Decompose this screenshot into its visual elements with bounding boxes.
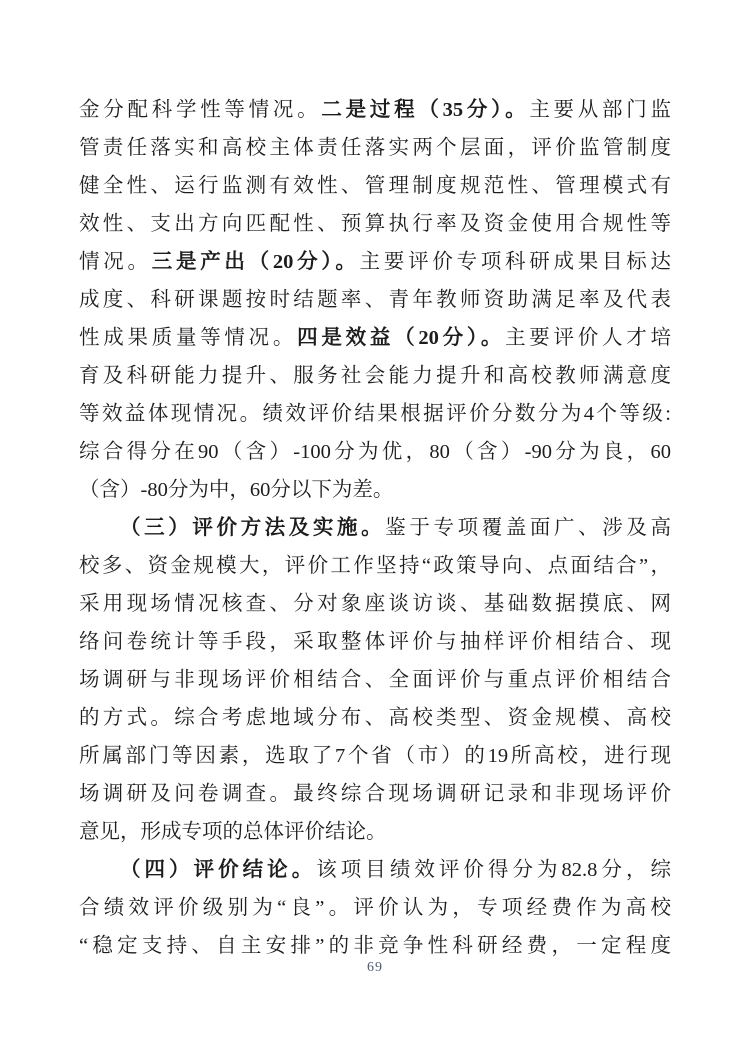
bold-run: 三是产出（20分）。 xyxy=(152,251,360,273)
bold-run: （四）评价结论。 xyxy=(120,859,316,881)
text-run: 主要评价专项科研成果目标达 xyxy=(360,251,671,273)
text-run: 成度、科研课题按时结题率、青年教师资助满足率及代表 xyxy=(79,289,671,311)
text-run: 管责任落实和高校主体责任落实两个层面，评价监管制度 xyxy=(79,137,671,159)
document-body: 金分配科学性等情况。二是过程（35分）。主要从部门监管责任落实和高校主体责任落实… xyxy=(79,91,671,965)
text-line: （三）评价方法及实施。鉴于专项覆盖面广、涉及高 xyxy=(79,509,671,547)
bold-run: 二是过程（35分）。 xyxy=(321,99,529,121)
text-line: 校多、资金规模大，评价工作坚持“政策导向、点面结合”， xyxy=(79,547,671,585)
text-run: 采用现场情况核查、分对象座谈访谈、基础数据摸底、网 xyxy=(79,593,671,615)
text-line: 络问卷统计等手段，采取整体评价与抽样评价相结合、现 xyxy=(79,623,671,661)
text-run: 该项目绩效评价得分为82.8分，综 xyxy=(316,859,671,881)
text-line: 等效益体现情况。绩效评价结果根据评价分数分为4个等级: xyxy=(79,395,671,433)
text-run: 等效益体现情况。绩效评价结果根据评价分数分为4个等级: xyxy=(79,403,671,425)
text-line: 场调研与非现场评价相结合、全面评价与重点评价相结合 xyxy=(79,661,671,699)
text-run: （含）-80分为中，60分以下为差。 xyxy=(79,479,393,501)
text-run: “稳定支持、自主安排”的非竞争性科研经费，一定程度 xyxy=(79,935,671,957)
text-line: 金分配科学性等情况。二是过程（35分）。主要从部门监 xyxy=(79,91,671,129)
text-line: 合绩效评价级别为“良”。评价认为，专项经费作为高校 xyxy=(79,889,671,927)
text-line: 的方式。综合考虑地域分布、高校类型、资金规模、高校 xyxy=(79,699,671,737)
text-run: 金分配科学性等情况。 xyxy=(79,99,321,121)
text-run: 场调研与非现场评价相结合、全面评价与重点评价相结合 xyxy=(79,669,671,691)
text-run: 情况。 xyxy=(79,251,152,273)
text-run: 意见，形成专项的总体评价结论。 xyxy=(79,821,387,843)
text-line: （四）评价结论。该项目绩效评价得分为82.8分，综 xyxy=(79,851,671,889)
text-line: 综合得分在90（含）-100分为优，80（含）-90分为良，60 xyxy=(79,433,671,471)
text-line: 性成果质量等情况。四是效益（20分）。主要评价人才培 xyxy=(79,319,671,357)
bold-run: （三）评价方法及实施。 xyxy=(120,517,385,539)
text-run: 场调研及问卷调查。最终综合现场调研记录和非现场评价 xyxy=(79,783,671,805)
text-line: 成度、科研课题按时结题率、青年教师资助满足率及代表 xyxy=(79,281,671,319)
text-run: 络问卷统计等手段，采取整体评价与抽样评价相结合、现 xyxy=(79,631,671,653)
text-line: 健全性、运行监测有效性、管理制度规范性、管理模式有 xyxy=(79,167,671,205)
text-line: 管责任落实和高校主体责任落实两个层面，评价监管制度 xyxy=(79,129,671,167)
bold-run: 四是效益（20分）。 xyxy=(297,327,505,349)
text-line: 采用现场情况核查、分对象座谈访谈、基础数据摸底、网 xyxy=(79,585,671,623)
page-number: 69 xyxy=(0,960,750,976)
text-line: 情况。三是产出（20分）。主要评价专项科研成果目标达 xyxy=(79,243,671,281)
text-line: 场调研及问卷调查。最终综合现场调研记录和非现场评价 xyxy=(79,775,671,813)
text-run: 健全性、运行监测有效性、管理制度规范性、管理模式有 xyxy=(79,175,671,197)
text-line: 意见，形成专项的总体评价结论。 xyxy=(79,813,671,851)
text-run: 所属部门等因素，选取了7个省（市）的19所高校，进行现 xyxy=(79,745,671,767)
text-line: 效性、支出方向匹配性、预算执行率及资金使用合规性等 xyxy=(79,205,671,243)
text-line: 所属部门等因素，选取了7个省（市）的19所高校，进行现 xyxy=(79,737,671,775)
text-line: 育及科研能力提升、服务社会能力提升和高校教师满意度 xyxy=(79,357,671,395)
text-line: （含）-80分为中，60分以下为差。 xyxy=(79,471,671,509)
document-page: 金分配科学性等情况。二是过程（35分）。主要从部门监管责任落实和高校主体责任落实… xyxy=(0,0,750,1061)
text-run: 性成果质量等情况。 xyxy=(79,327,297,349)
text-run: 的方式。综合考虑地域分布、高校类型、资金规模、高校 xyxy=(79,707,671,729)
text-run: 主要从部门监 xyxy=(529,99,671,121)
text-run: 育及科研能力提升、服务社会能力提升和高校教师满意度 xyxy=(79,365,671,387)
text-run: 鉴于专项覆盖面广、涉及高 xyxy=(385,517,671,539)
text-run: 综合得分在90（含）-100分为优，80（含）-90分为良，60 xyxy=(79,441,671,463)
text-run: 效性、支出方向匹配性、预算执行率及资金使用合规性等 xyxy=(79,213,671,235)
text-run: 主要评价人才培 xyxy=(505,327,671,349)
text-run: 校多、资金规模大，评价工作坚持“政策导向、点面结合”， xyxy=(79,555,671,577)
text-run: 合绩效评价级别为“良”。评价认为，专项经费作为高校 xyxy=(79,897,671,919)
